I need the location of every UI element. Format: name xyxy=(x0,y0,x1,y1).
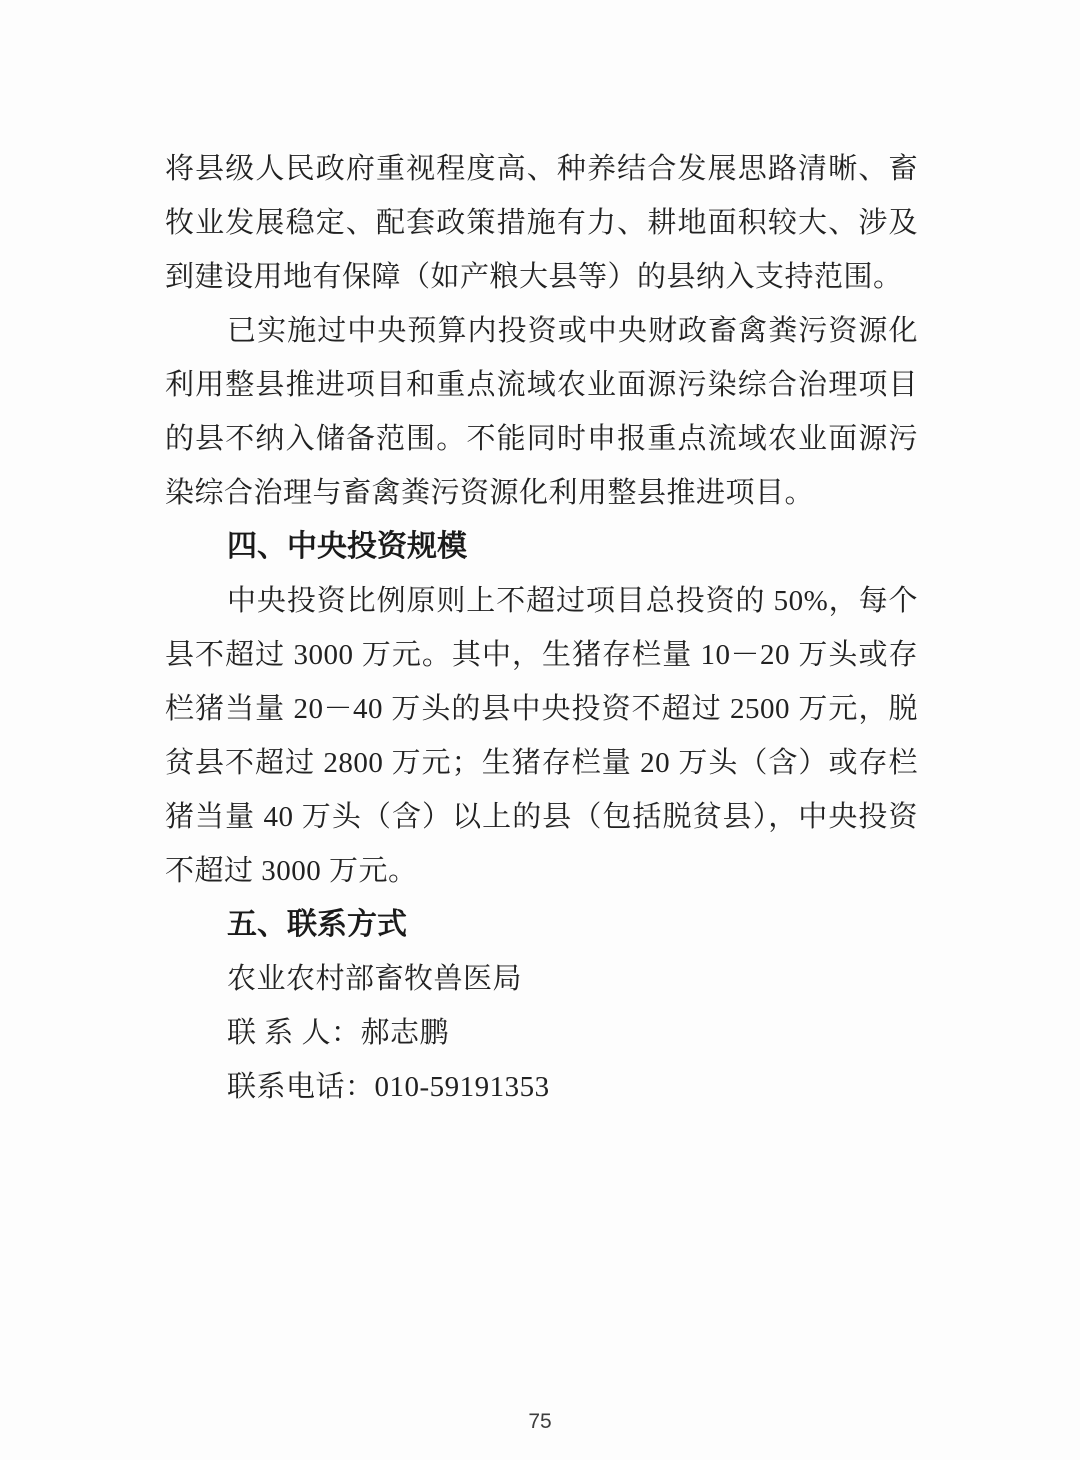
document-content: 将县级人民政府重视程度高、种养结合发展思路清晰、畜牧业发展稳定、配套政策措施有力… xyxy=(165,142,918,1114)
document-page: 将县级人民政府重视程度高、种养结合发展思路清晰、畜牧业发展稳定、配套政策措施有力… xyxy=(0,0,1080,1460)
contact-person: 联 系 人：郝志鹏 xyxy=(165,1006,918,1060)
section-heading-central-investment-scale: 四、中央投资规模 xyxy=(165,520,918,574)
page-number: 75 xyxy=(0,1410,1080,1434)
paragraph-investment-scale: 中央投资比例原则上不超过项目总投资的 50%，每个县不超过 3000 万元。其中… xyxy=(165,574,918,898)
contact-phone: 联系电话：010-59191353 xyxy=(165,1060,918,1114)
paragraph-exclusion-rule: 已实施过中央预算内投资或中央财政畜禽粪污资源化利用整县推进项目和重点流域农业面源… xyxy=(165,304,918,520)
paragraph-support-scope-continuation: 将县级人民政府重视程度高、种养结合发展思路清晰、畜牧业发展稳定、配套政策措施有力… xyxy=(165,142,918,304)
contact-organization: 农业农村部畜牧兽医局 xyxy=(165,952,918,1006)
section-heading-contact-info: 五、联系方式 xyxy=(165,898,918,952)
